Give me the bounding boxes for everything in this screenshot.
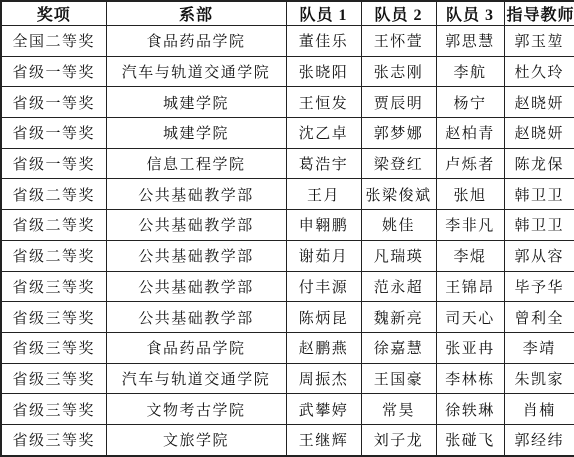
header-department: 系部 [106, 1, 286, 26]
member3-cell: 卢烁者 [436, 148, 504, 179]
award-cell: 省级三等奖 [1, 363, 106, 394]
header-member2: 队员 2 [361, 1, 436, 26]
award-cell: 省级三等奖 [1, 271, 106, 302]
header-member1: 队员 1 [286, 1, 361, 26]
table-row: 省级一等奖城建学院沈乙卓郭梦娜赵柏青赵晓妍 [1, 118, 574, 149]
advisor-cell: 韩卫卫 [504, 210, 574, 241]
member3-cell: 李航 [436, 56, 504, 87]
member1-cell: 张晓阳 [286, 56, 361, 87]
advisor-cell: 朱凯家 [504, 363, 574, 394]
advisor-cell: 赵晓妍 [504, 87, 574, 118]
table-row: 省级三等奖公共基础教学部付丰源范永超王锦昂毕予华 [1, 271, 574, 302]
award-cell: 省级一等奖 [1, 56, 106, 87]
member1-cell: 董佳乐 [286, 26, 361, 57]
advisor-cell: 韩卫卫 [504, 179, 574, 210]
award-cell: 省级二等奖 [1, 210, 106, 241]
award-cell: 省级一等奖 [1, 87, 106, 118]
member1-cell: 赵鹏燕 [286, 332, 361, 363]
member2-cell: 凡瑞瑛 [361, 240, 436, 271]
member3-cell: 张碰飞 [436, 424, 504, 456]
table-body: 全国二等奖食品药品学院董佳乐王怀萱郭思慧郭玉堃省级一等奖汽车与轨道交通学院张晓阳… [1, 26, 574, 457]
member2-cell: 王国豪 [361, 363, 436, 394]
member1-cell: 谢茹月 [286, 240, 361, 271]
department-cell: 汽车与轨道交通学院 [106, 56, 286, 87]
advisor-cell: 赵晓妍 [504, 118, 574, 149]
award-cell: 全国二等奖 [1, 26, 106, 57]
member2-cell: 梁登红 [361, 148, 436, 179]
table-row: 省级三等奖汽车与轨道交通学院周振杰王国豪李林栋朱凯家 [1, 363, 574, 394]
award-cell: 省级三等奖 [1, 302, 106, 333]
member2-cell: 贾辰明 [361, 87, 436, 118]
member2-cell: 郭梦娜 [361, 118, 436, 149]
table-row: 省级三等奖公共基础教学部陈炳昆魏新亮司天心曾利全 [1, 302, 574, 333]
member3-cell: 张亚冉 [436, 332, 504, 363]
advisor-cell: 肖楠 [504, 394, 574, 425]
header-member3: 队员 3 [436, 1, 504, 26]
department-cell: 城建学院 [106, 118, 286, 149]
table-row: 省级三等奖文物考古学院武攀婷常昊徐轶琳肖楠 [1, 394, 574, 425]
header-row: 奖项 系部 队员 1 队员 2 队员 3 指导教师 [1, 1, 574, 26]
member2-cell: 魏新亮 [361, 302, 436, 333]
department-cell: 公共基础教学部 [106, 302, 286, 333]
member3-cell: 李非凡 [436, 210, 504, 241]
department-cell: 城建学院 [106, 87, 286, 118]
member3-cell: 王锦昂 [436, 271, 504, 302]
header-award: 奖项 [1, 1, 106, 26]
table-row: 全国二等奖食品药品学院董佳乐王怀萱郭思慧郭玉堃 [1, 26, 574, 57]
member3-cell: 司天心 [436, 302, 504, 333]
awards-table: 奖项 系部 队员 1 队员 2 队员 3 指导教师 全国二等奖食品药品学院董佳乐… [0, 0, 574, 457]
department-cell: 公共基础教学部 [106, 179, 286, 210]
member3-cell: 郭思慧 [436, 26, 504, 57]
member1-cell: 王月 [286, 179, 361, 210]
member3-cell: 赵柏青 [436, 118, 504, 149]
member1-cell: 沈乙卓 [286, 118, 361, 149]
department-cell: 公共基础教学部 [106, 240, 286, 271]
table-row: 省级一等奖城建学院王恒发贾辰明杨宁赵晓妍 [1, 87, 574, 118]
advisor-cell: 郭玉堃 [504, 26, 574, 57]
member1-cell: 葛浩宇 [286, 148, 361, 179]
member2-cell: 常昊 [361, 394, 436, 425]
award-cell: 省级一等奖 [1, 148, 106, 179]
department-cell: 信息工程学院 [106, 148, 286, 179]
table-row: 省级二等奖公共基础教学部谢茹月凡瑞瑛李焜郭从容 [1, 240, 574, 271]
member1-cell: 王继辉 [286, 424, 361, 456]
header-advisor: 指导教师 [504, 1, 574, 26]
member1-cell: 陈炳昆 [286, 302, 361, 333]
table-row: 省级一等奖信息工程学院葛浩宇梁登红卢烁者陈龙保 [1, 148, 574, 179]
advisor-cell: 陈龙保 [504, 148, 574, 179]
member2-cell: 张志刚 [361, 56, 436, 87]
table-row: 省级三等奖食品药品学院赵鹏燕徐嘉慧张亚冉李靖 [1, 332, 574, 363]
member2-cell: 徐嘉慧 [361, 332, 436, 363]
member2-cell: 姚佳 [361, 210, 436, 241]
member1-cell: 王恒发 [286, 87, 361, 118]
department-cell: 公共基础教学部 [106, 271, 286, 302]
advisor-cell: 毕予华 [504, 271, 574, 302]
table-row: 省级二等奖公共基础教学部王月张梁俊斌张旭韩卫卫 [1, 179, 574, 210]
department-cell: 公共基础教学部 [106, 210, 286, 241]
table-row: 省级三等奖文旅学院王继辉刘子龙张碰飞郭经纬 [1, 424, 574, 456]
member1-cell: 付丰源 [286, 271, 361, 302]
award-cell: 省级三等奖 [1, 394, 106, 425]
award-cell: 省级二等奖 [1, 240, 106, 271]
table-row: 省级一等奖汽车与轨道交通学院张晓阳张志刚李航杜久玲 [1, 56, 574, 87]
member2-cell: 范永超 [361, 271, 436, 302]
advisor-cell: 郭经纬 [504, 424, 574, 456]
document-page: 奖项 系部 队员 1 队员 2 队员 3 指导教师 全国二等奖食品药品学院董佳乐… [0, 0, 574, 457]
advisor-cell: 郭从容 [504, 240, 574, 271]
member3-cell: 徐轶琳 [436, 394, 504, 425]
department-cell: 汽车与轨道交通学院 [106, 363, 286, 394]
member1-cell: 武攀婷 [286, 394, 361, 425]
department-cell: 食品药品学院 [106, 332, 286, 363]
member3-cell: 张旭 [436, 179, 504, 210]
member3-cell: 李林栋 [436, 363, 504, 394]
advisor-cell: 李靖 [504, 332, 574, 363]
member2-cell: 刘子龙 [361, 424, 436, 456]
table-row: 省级二等奖公共基础教学部申翱鹏姚佳李非凡韩卫卫 [1, 210, 574, 241]
member3-cell: 李焜 [436, 240, 504, 271]
department-cell: 食品药品学院 [106, 26, 286, 57]
award-cell: 省级一等奖 [1, 118, 106, 149]
member3-cell: 杨宁 [436, 87, 504, 118]
member1-cell: 申翱鹏 [286, 210, 361, 241]
advisor-cell: 曾利全 [504, 302, 574, 333]
department-cell: 文旅学院 [106, 424, 286, 456]
member2-cell: 王怀萱 [361, 26, 436, 57]
award-cell: 省级二等奖 [1, 179, 106, 210]
member1-cell: 周振杰 [286, 363, 361, 394]
department-cell: 文物考古学院 [106, 394, 286, 425]
award-cell: 省级三等奖 [1, 332, 106, 363]
advisor-cell: 杜久玲 [504, 56, 574, 87]
award-cell: 省级三等奖 [1, 424, 106, 456]
member2-cell: 张梁俊斌 [361, 179, 436, 210]
